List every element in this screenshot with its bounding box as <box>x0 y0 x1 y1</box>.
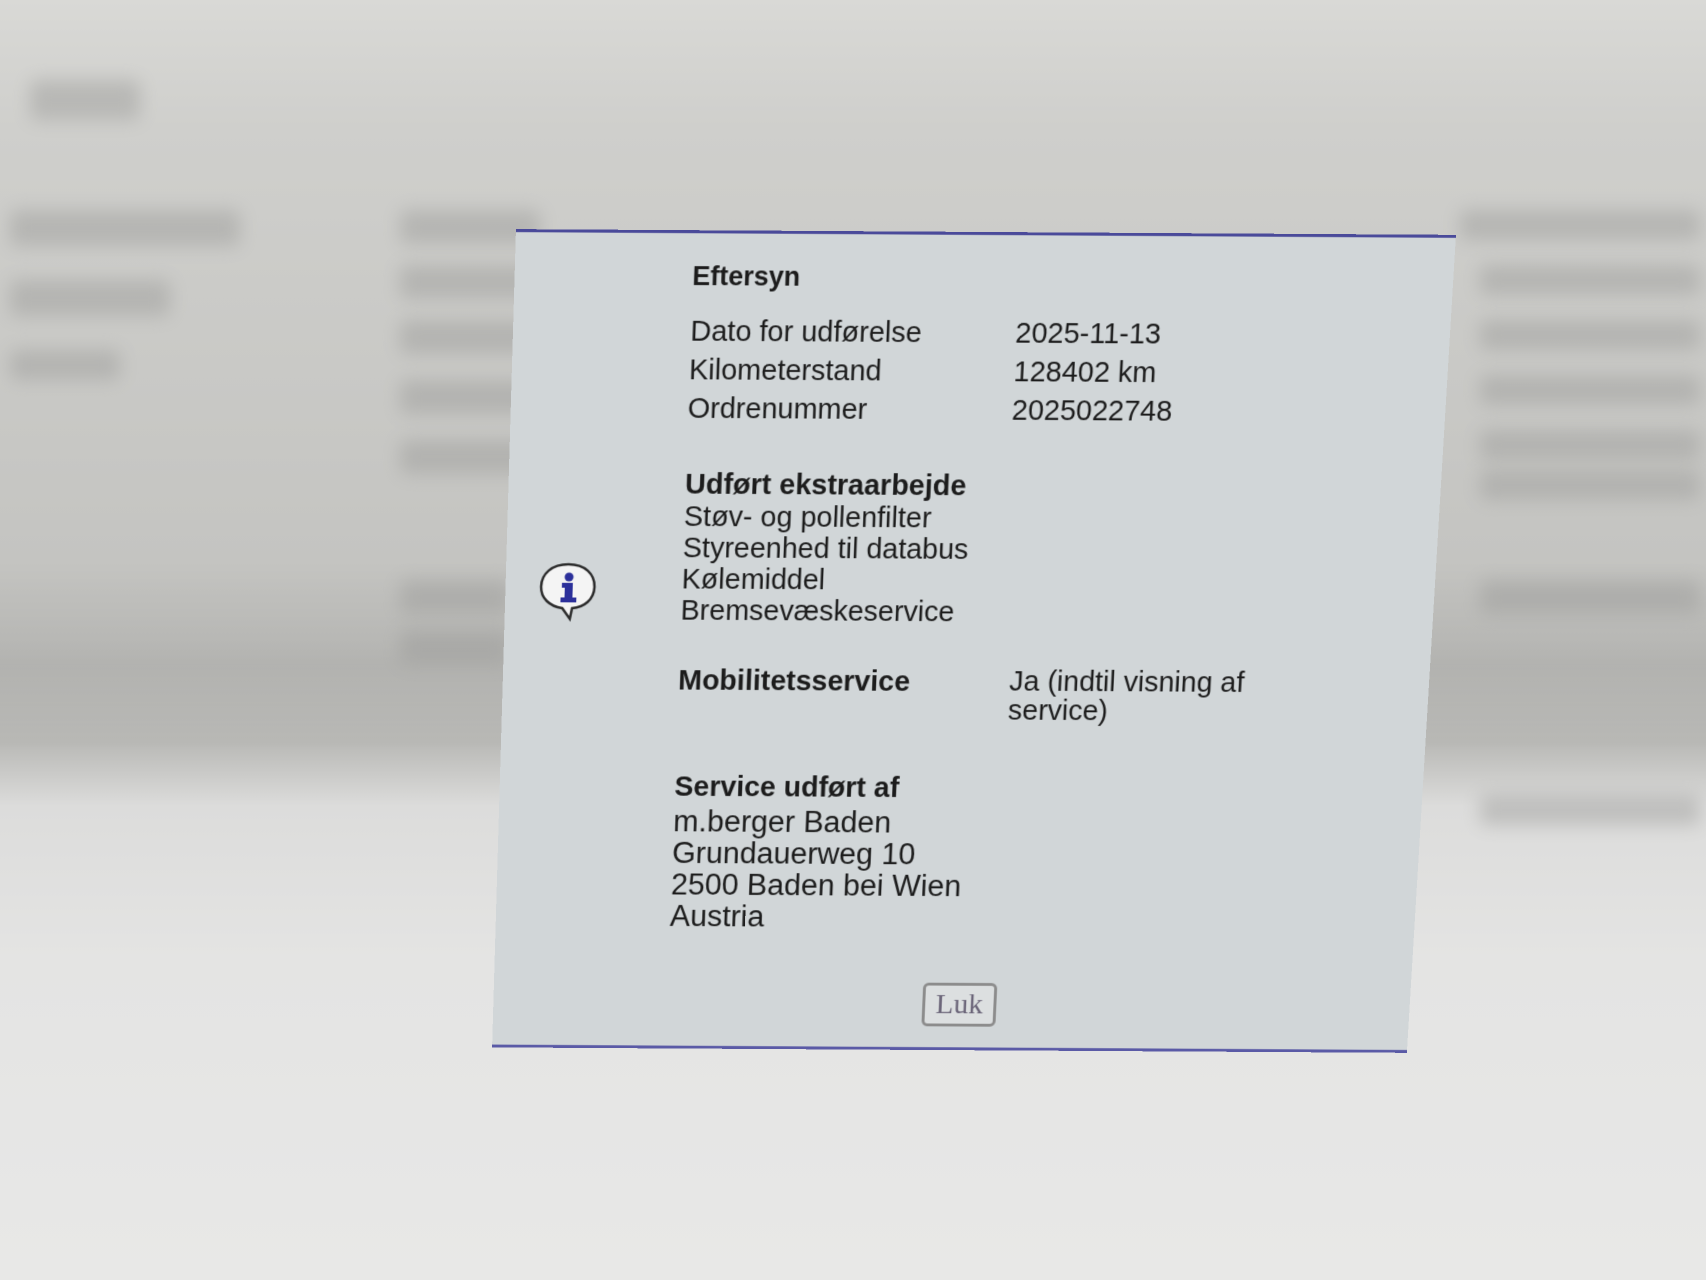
extra-work-title: Udført ekstraarbejde <box>684 469 1380 506</box>
service-provider-city: 2500 Baden bei Wien <box>671 869 1357 905</box>
extra-work-item: Bremsevæskeservice <box>680 595 1373 630</box>
detail-label-date: Dato for udførelse <box>690 316 1016 351</box>
mobility-service-label: Mobilitetsservice <box>677 665 1010 725</box>
mobility-service-row: Mobilitetsservice Ja (indtil visning af … <box>677 665 1369 727</box>
service-provider-title: Service udført af <box>674 772 1363 808</box>
service-provider-country: Austria <box>669 900 1355 936</box>
detail-label-mileage: Kilometerstand <box>688 355 1014 390</box>
extra-work-item: Styreenhed til databus <box>682 533 1376 568</box>
extra-work-item: Støv- og pollenfilter <box>683 501 1378 537</box>
close-button[interactable]: Luk <box>921 983 997 1027</box>
detail-value-mileage: 128402 km <box>1013 356 1387 391</box>
extra-work-section: Udført ekstraarbejde Støv- og pollenfilt… <box>680 469 1380 631</box>
mobility-service-value: Ja (indtil visning af service) <box>1007 667 1296 727</box>
info-speech-bubble-icon <box>534 558 601 623</box>
detail-label-order-number: Ordrenummer <box>687 393 1012 428</box>
extra-work-item: Kølemiddel <box>681 564 1374 599</box>
service-details: Dato for udførelse 2025-11-13 Kilometers… <box>687 316 1389 430</box>
dialog-content: Eftersyn Dato for udførelse 2025-11-13 K… <box>669 261 1392 936</box>
screen: Eftersyn Dato for udførelse 2025-11-13 K… <box>0 0 1706 1280</box>
detail-value-order-number: 2025022748 <box>1011 395 1384 430</box>
dialog-title: Eftersyn <box>692 261 1392 296</box>
service-info-dialog: Eftersyn Dato for udførelse 2025-11-13 K… <box>492 229 1456 1053</box>
detail-value-date: 2025-11-13 <box>1015 318 1389 353</box>
service-provider-section: Service udført af m.berger Baden Grundau… <box>669 772 1362 936</box>
